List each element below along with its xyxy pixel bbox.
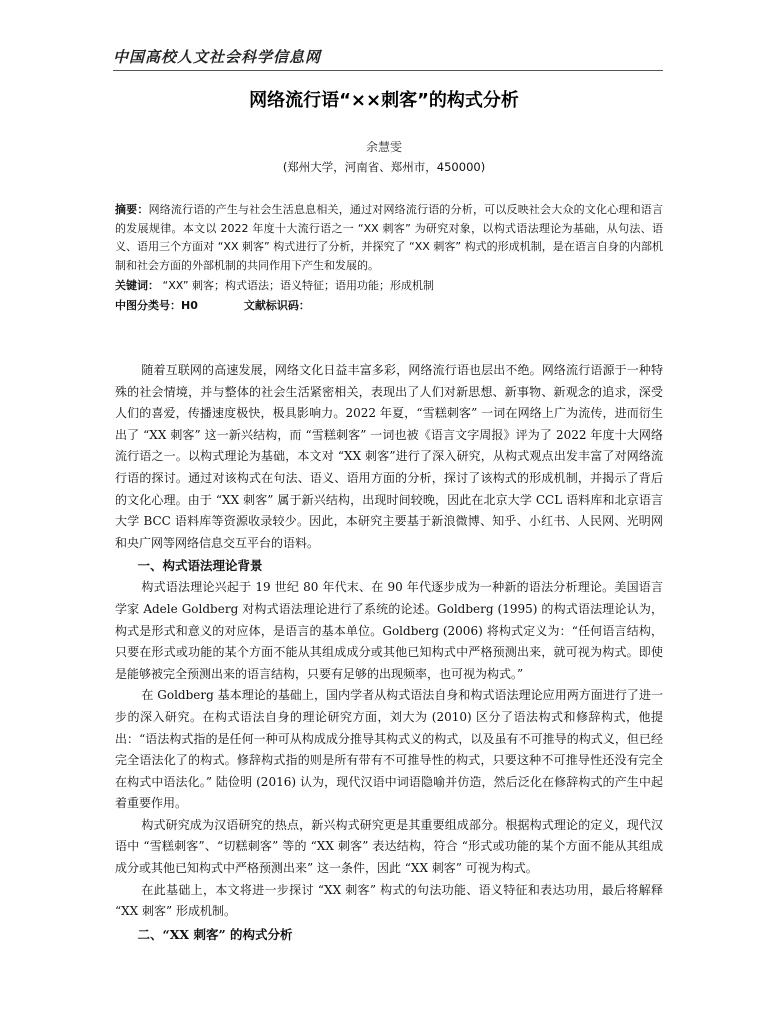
section-heading-2: 二、“XX 刺客” 的构式分析 (115, 923, 663, 946)
section1-paragraph: 在 Goldberg 基本理论的基础上，国内学者从构式语法自身和构式语法理论应用… (115, 685, 663, 815)
section1-paragraph: 构式语法理论兴起于 19 世纪 80 年代末、在 90 年代逐步成为一种新的语法… (115, 577, 663, 685)
abstract: 摘要：网络流行语的产生与社会生活息息相关，通过对网络流行语的分析，可以反映社会大… (115, 201, 663, 276)
clc-value: H0 (181, 299, 198, 312)
keywords-label: 关键词： (115, 279, 159, 292)
site-header: 中国高校人文社会科学信息网 (113, 44, 663, 71)
clc-label: 中图分类号： (115, 299, 181, 312)
article-body: 随着互联网的高速发展，网络文化日益丰富多彩，网络流行语也层出不绝。网络流行语源于… (115, 360, 663, 946)
section-heading-1: 一、构式语法理论背景 (115, 554, 663, 577)
paper-page: 中国高校人文社会科学信息网 网络流行语“××刺客”的构式分析 余慧雯 (郑州大学… (0, 0, 768, 1024)
section1-paragraph: 构式研究成为汉语研究的热点，新兴构式研究更是其重要组成部分。根据构式理论的定义，… (115, 815, 663, 880)
author-name: 余慧雯 (0, 138, 768, 155)
doc-code-label: 文献标识码： (244, 299, 310, 312)
keywords-text: “XX” 刺客；构式语法；语义特征；语用功能；形成机制 (159, 279, 434, 292)
article-title: 网络流行语“××刺客”的构式分析 (0, 86, 768, 112)
keywords: 关键词： “XX” 刺客；构式语法；语义特征；语用功能；形成机制 (115, 277, 663, 293)
classification-line: 中图分类号：H0文献标识码： (115, 297, 663, 313)
section1-paragraph: 在此基础上，本文将进一步探讨 “XX 刺客” 构式的句法功能、语义特征和表达功用… (115, 880, 663, 923)
abstract-label: 摘要： (115, 203, 149, 216)
author-affiliation: (郑州大学，河南省、郑州市，450000) (0, 159, 768, 175)
abstract-text: 网络流行语的产生与社会生活息息相关，通过对网络流行语的分析，可以反映社会大众的文… (115, 203, 663, 272)
site-name: 中国高校人文社会科学信息网 (113, 46, 321, 67)
intro-paragraph: 随着互联网的高速发展，网络文化日益丰富多彩，网络流行语也层出不绝。网络流行语源于… (115, 360, 663, 554)
